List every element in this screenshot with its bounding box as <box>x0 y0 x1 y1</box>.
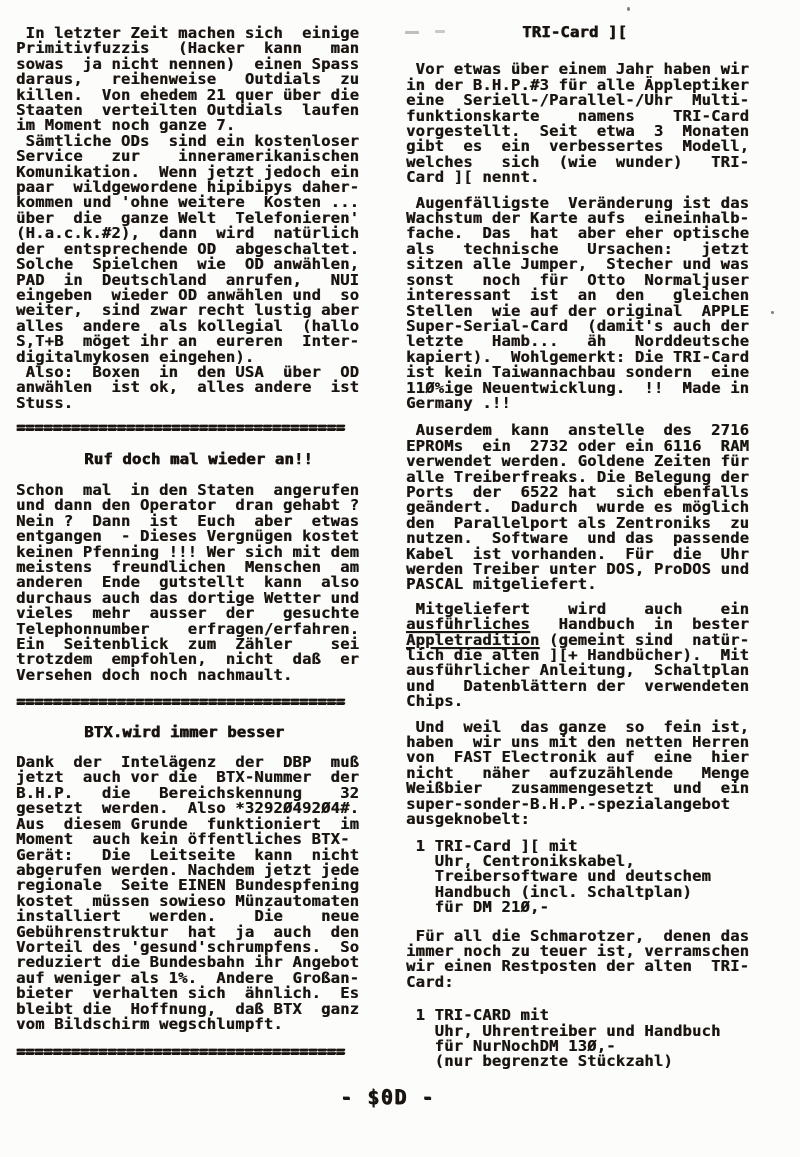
scan-speck <box>147 457 149 460</box>
section-divider: ==================================== <box>16 694 370 709</box>
paragraph-tricard-intro: Vor etwas über einem Jahr haben wir in d… <box>406 62 766 185</box>
scanned-zine-page: In letzter Zeit machen sich einige Primi… <box>0 0 800 1157</box>
paragraph-btx: Dank der Intelägenz der DBP muß jetzt au… <box>16 755 370 1032</box>
heading-ruf-doch-mal: Ruf doch mal wieder an!! <box>16 452 370 467</box>
offer-tricard-new: 1 TRI-Card ][ mit Uhr, Centronikskabel, … <box>406 839 766 916</box>
page-number: - $0D - <box>340 1086 435 1108</box>
paragraph-tricard-change: Augenfälligste Veränderung ist das Wachs… <box>406 196 766 412</box>
paragraph-handbuch: Mitgeliefert wird auch ein ausführliches… <box>406 602 766 710</box>
scan-speck <box>627 7 630 11</box>
scan-speck <box>405 31 419 34</box>
paragraph-outdials-2: Sämtliche ODs sind ein kostenloser Servi… <box>16 134 370 365</box>
scan-speck <box>771 311 774 314</box>
left-column: In letzter Zeit machen sich einige Primi… <box>16 0 370 1060</box>
section-divider: ==================================== <box>16 420 370 435</box>
paragraph-ruf: Schon mal in den Staten angerufen und da… <box>16 483 370 683</box>
scan-speck <box>435 30 445 33</box>
offer-tricard-old: 1 TRI-CARD mit Uhr, Uhrentreiber und Han… <box>406 1008 766 1070</box>
section-divider: ==================================== <box>16 1044 370 1059</box>
paragraph-eprom: Auserdem kann anstelle des 2716 EPROMs e… <box>406 423 766 592</box>
heading-btx: BTX.wird immer besser <box>16 725 370 740</box>
paragraph-weissbier: Und weil das ganze so fein ist, haben wi… <box>406 720 766 828</box>
right-column: TRI-Card ][ Vor etwas über einem Jahr ha… <box>406 0 766 1070</box>
heading-tri-card: TRI-Card ][ <box>406 25 766 40</box>
paragraph-outdials-3: Also: Boxen in den USA über OD anwählen … <box>16 365 370 411</box>
paragraph-outdials-1: In letzter Zeit machen sich einige Primi… <box>16 26 370 134</box>
paragraph-schmarotzer: Für all die Schmarotzer, denen das immer… <box>406 929 766 991</box>
